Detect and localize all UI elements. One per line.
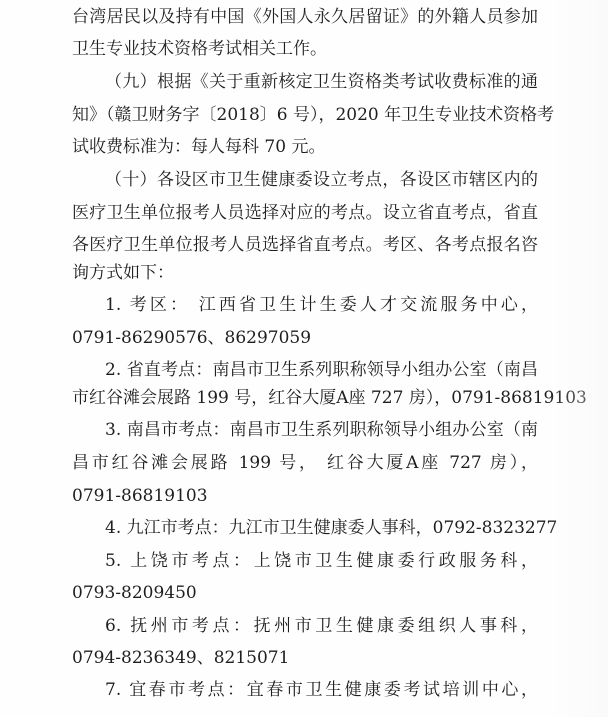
text-line: 卫生专业技术资格考试相关工作。 [72,33,538,65]
text-line: 知》（赣卫财务字〔2018〕6 号），2020 年卫生专业技术资格考 [72,99,538,131]
paragraph-9-line: （九）根据《关于重新核定卫生资格类考试收费标准的通 [105,66,538,98]
text-line: 0791-86819103 [72,480,538,512]
text-line: 昌市红谷滩会展路 199 号， 红谷大厦A座 727 房）， [72,447,538,479]
text-line: 0794-8236349、8215071 [72,642,538,674]
list-item-3: 3. 南昌市考点：南昌市卫生系列职称领导小组办公室（南 [105,414,538,446]
list-item-7: 7. 宜春市考点：宜春市卫生健康委考试培训中心， [105,674,538,706]
paragraph-10-line: （十）各设区市卫生健康委设立考点，各设区市辖区内的 [105,164,538,196]
list-item-1: 1. 考区： 江西省卫生计生委人才交流服务中心， [105,289,538,321]
scan-edge-shadow [548,0,608,717]
document-page: 台湾居民以及持有中国《外国人永久居留证》的外籍人员参加 卫生专业技术资格考试相关… [0,0,608,717]
text-line: 0793-8209450 [72,577,538,609]
text-line: 询方式如下： [72,257,538,289]
list-item-6: 6. 抚州市考点：抚州市卫生健康委组织人事科， [105,610,538,642]
text-line: 市红谷滩会展路 199 号，红谷大厦A座 727 房），0791-8681910… [72,382,538,414]
text-line: 台湾居民以及持有中国《外国人永久居留证》的外籍人员参加 [72,1,538,33]
list-item-4: 4. 九江市考点：九江市卫生健康委人事科，0792-8323277 [105,512,538,544]
text-line: 医疗卫生单位报考人员选择对应的考点。设立省直考点，省直 [72,197,538,229]
text-line: 0791-86290576、86297059 [72,322,538,354]
text-line: 试收费标准为：每人每科 70 元。 [72,131,538,163]
list-item-5: 5. 上饶市考点：上饶市卫生健康委行政服务科， [105,545,538,577]
